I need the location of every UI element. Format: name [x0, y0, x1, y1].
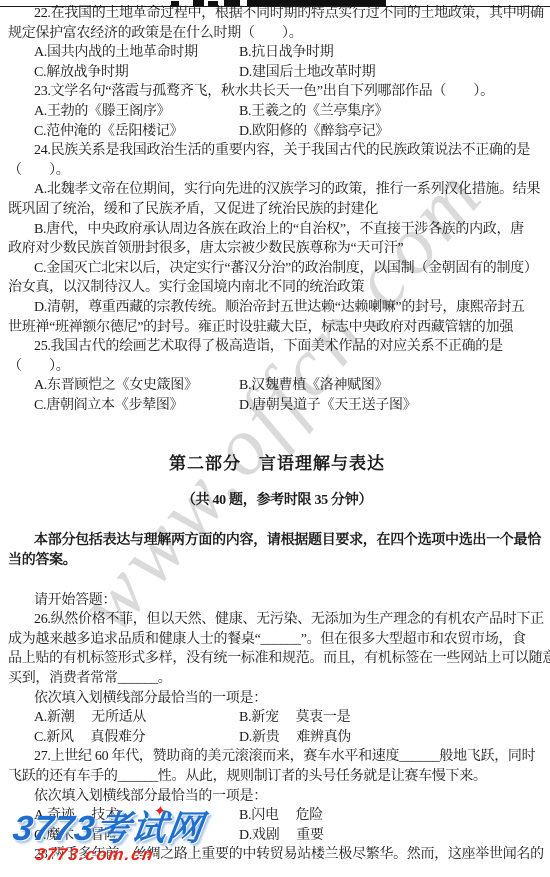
q26-stem-line1: 26.纵然价格不菲，但以天然、健康、无污染、无添加为生产理念的有机农产品时下正 [8, 610, 546, 630]
q25-options-row-ab: A.东晋顾恺之《女史箴图》 B.汉魏曹植《洛神赋图》 [8, 376, 546, 396]
q26-stem-line2: 成为越来越多追求品质和健康人士的餐桌“______”。但在很多大型超市和农贸市场… [8, 630, 546, 650]
start-answering-label: 请开始答题： [8, 591, 546, 611]
q27-stem-line2: 飞跃的还有车手的______性。从此，规则制订者的头号任务就是让赛车慢下来。 [8, 767, 546, 787]
q23-options-row-cd: C.范仲淹的《岳阳楼记》 D.欧阳修的《醉翁亭记》 [8, 122, 546, 142]
q22-options-row-cd: C.解放战争时期 D.建国后土地改革时期 [8, 63, 546, 83]
q27-option-b: B.闪电 危险 [239, 806, 323, 826]
q23-option-b: B.王羲之的《兰亭集序》 [239, 102, 388, 122]
q22-option-c: C.解放战争时期 [34, 63, 239, 83]
q24-option-b-line2: 政府对少数民族首领册封很多，唐太宗被少数民族尊称为“天可汗” [8, 239, 546, 259]
q22-stem-line2: 规定保护富农经济的政策是在什么时期（ ）。 [8, 24, 546, 44]
section-subtitle: （共 40 题，参考时限 35 分钟） [8, 491, 546, 511]
q24-option-d-line2: 世班禅“班禅额尔德尼”的封号。雍正时设驻藏大臣，标志中央政府对西藏管辖的加强 [8, 318, 546, 338]
q23-stem: 23.文学名句“落霞与孤鹜齐飞，秋水共长天一色”出自下列哪部作品（ ）。 [8, 82, 546, 102]
q23-option-d: D.欧阳修的《醉翁亭记》 [239, 122, 389, 142]
q26-options-row-cd: C.新风 真假难分 D.新贵 难辨真伪 [8, 728, 546, 748]
site-logo-watermark: ✦ 3773考试网 3773.com.cn [8, 810, 205, 864]
q24-stem-line2: （ ）。 [8, 161, 546, 181]
q24-option-a-line2: 既巩固了统治，缓和了民族矛盾，又促进了统治民族的封建化 [8, 200, 546, 220]
q27-prompt: 依次填入划横线部分最恰当的一项是： [8, 787, 546, 807]
q26-option-d: D.新贵 难辨真伪 [239, 728, 351, 748]
section-instruction-line2: 当的答案。 [8, 551, 546, 571]
q22-options-row-ab: A.国共内战的土地革命时期 B.抗日战争时期 [8, 43, 546, 63]
logo-site-name: 3773考试网 [10, 810, 205, 848]
q27-option-d: D.戏剧 重要 [239, 826, 324, 846]
q23-options-row-ab: A.王勃的《滕王阁序》 B.王羲之的《兰亭集序》 [8, 102, 546, 122]
q24-stem-line1: 24.民族关系是我国政治生活的重要内容，关于我国古代的民族政策说法不正确的是 [8, 141, 546, 161]
q26-option-a: A.新潮 无所适从 [34, 708, 239, 728]
q25-option-a: A.东晋顾恺之《女史箴图》 [34, 376, 239, 396]
q24-option-d-line1: D.清朝，尊重西藏的宗教传统。顺治帝封五世达赖“达赖喇嘛”的封号，康熙帝封五 [8, 298, 546, 318]
q25-option-c: C.唐朝阎立本《步辇图》 [34, 396, 239, 416]
q27-stem-line1: 27.上世纪 60 年代，赞助商的美元滚滚而来，赛车水平和速度______般地飞… [8, 747, 546, 767]
q25-option-b: B.汉魏曹植《洛神赋图》 [239, 376, 388, 396]
q22-option-b: B.抗日战争时期 [239, 43, 333, 63]
q26-stem-line4: 买到，消费者常常______。 [8, 669, 546, 689]
q26-option-b: B.新宠 莫衷一是 [239, 708, 350, 728]
q22-option-d: D.建国后土地改革时期 [239, 63, 375, 83]
q25-option-d: D.唐朝吴道子《天王送子图》 [239, 396, 416, 416]
q26-prompt: 依次填入划横线部分最恰当的一项是： [8, 689, 546, 709]
document-body: 22.在我国的土地革命过程中，根据不同时期的特点实行过不同的土地政策，其中明确 … [8, 4, 546, 865]
q22-stem-line1: 22.在我国的土地革命过程中，根据不同时期的特点实行过不同的土地政策，其中明确 [8, 4, 546, 24]
q26-option-c: C.新风 真假难分 [34, 728, 239, 748]
q23-option-c: C.范仲淹的《岳阳楼记》 [34, 122, 239, 142]
star-icon: ✦ [152, 802, 167, 821]
q26-options-row-ab: A.新潮 无所适从 B.新宠 莫衷一是 [8, 708, 546, 728]
q24-option-c-line2: 治女真，以汉制待汉人。实行金国境内南北不同的统治政策 [8, 278, 546, 298]
q24-option-a-line1: A.北魏孝文帝在位期间，实行向先进的汉族学习的政策，推行一系列汉化措施。结果 [8, 180, 546, 200]
q25-stem-line2: （ ）。 [8, 357, 546, 377]
logo-site-domain: 3773.com.cn [34, 846, 200, 864]
section-title: 第二部分 言语理解与表达 [8, 451, 546, 477]
q24-option-c-line1: C.金国灭亡北宋以后，决定实行“蕃汉分治”的政治制度，以国制（金朝固有的制度） [8, 259, 546, 279]
q22-option-a: A.国共内战的土地革命时期 [34, 43, 239, 63]
q26-stem-line3: 品上贴的有机标签形式多样，没有统一标准和规范。而且，有机标签在一些网站上可以随意 [8, 649, 546, 669]
q23-option-a: A.王勃的《滕王阁序》 [34, 102, 239, 122]
q24-option-b-line1: B.唐代，中央政府承认周边各族在政治上的“自治权”，不直接干涉各族的内政，唐 [8, 220, 546, 240]
q25-stem-line1: 25.我国古代的绘画艺术取得了极高造诣，下面美术作品的对应关系不正确的是 [8, 337, 546, 357]
q25-options-row-cd: C.唐朝阎立本《步辇图》 D.唐朝吴道子《天王送子图》 [8, 396, 546, 416]
scanned-exam-page: www.offcn.com 22.在我国的土地革命过程中，根据不同时期的特点实行… [0, 0, 550, 877]
section-instruction-line1: 本部分包括表达与理解两方面的内容，请根据题目要求，在四个选项中选出一个最恰 [8, 531, 546, 551]
